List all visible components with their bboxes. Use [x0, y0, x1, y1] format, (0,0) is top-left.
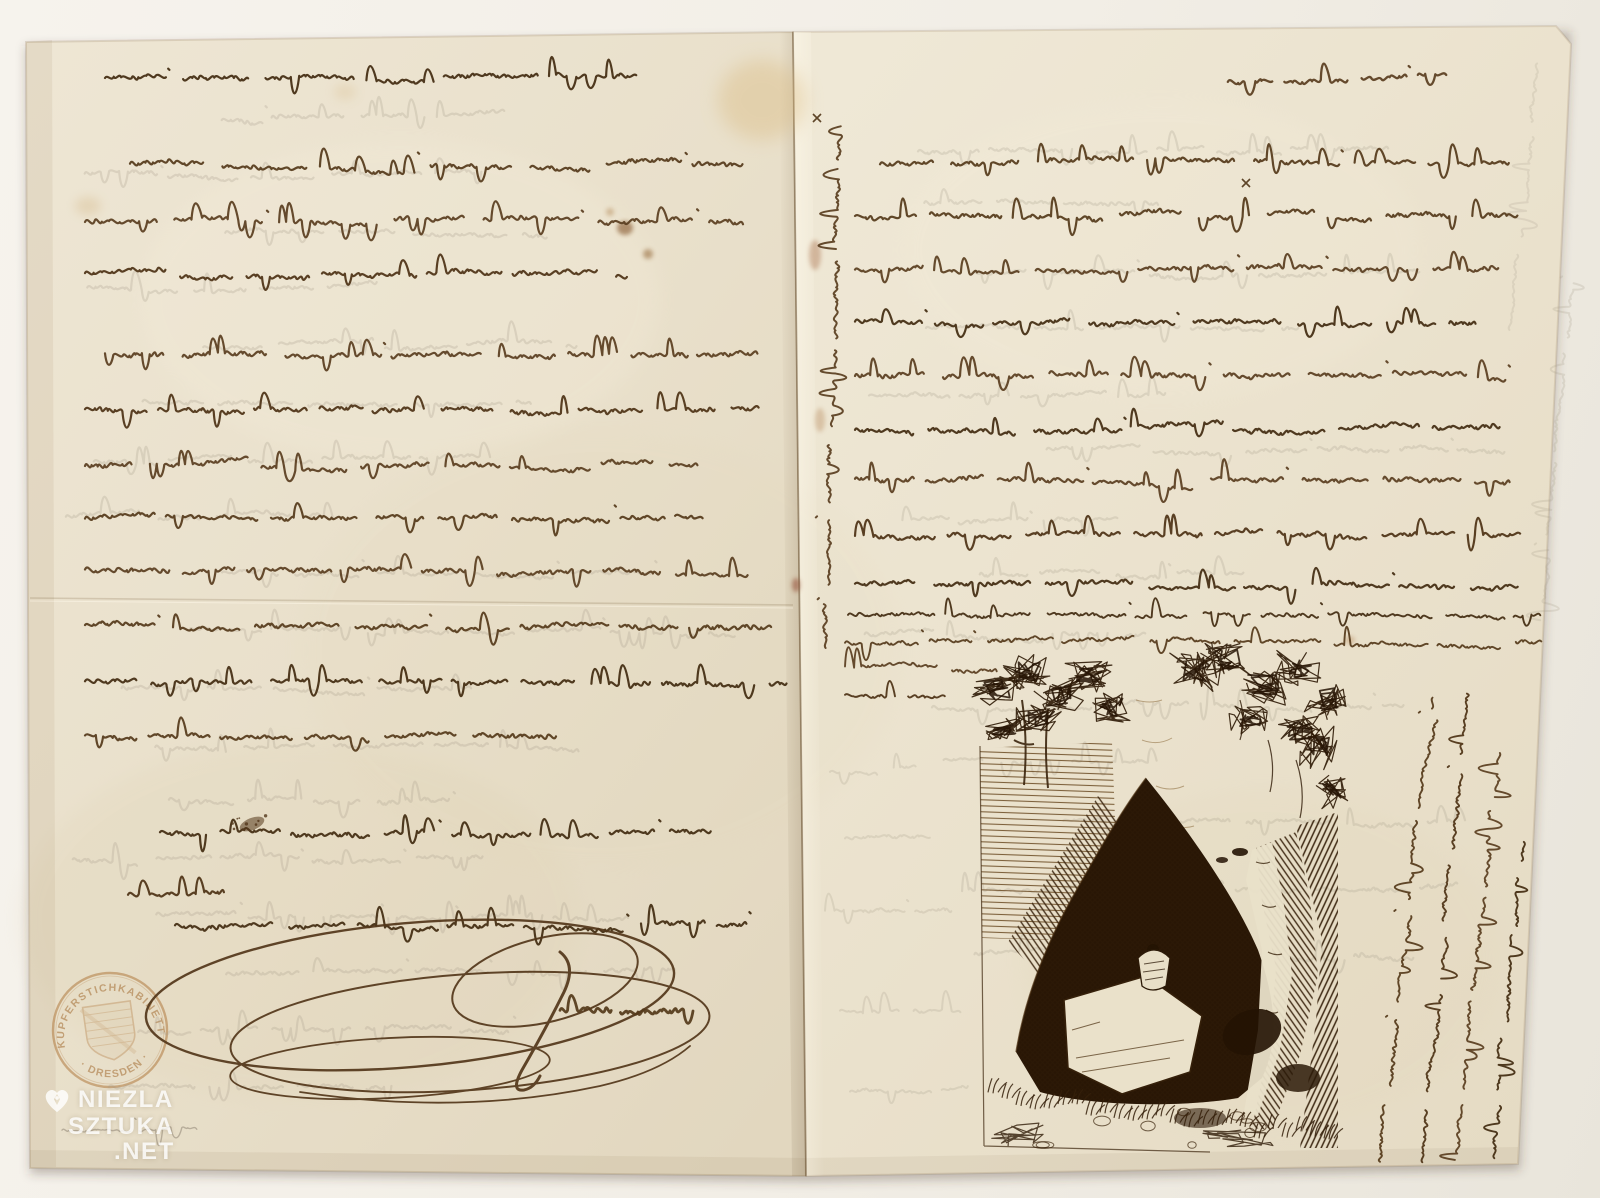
niezlasztuka-watermark: NIEZLA SZTUKA .NET	[42, 1086, 175, 1165]
watermark-line3: .NET	[114, 1138, 175, 1165]
heart-pen-icon	[42, 1086, 72, 1114]
watermark-line1: NIEZLA	[78, 1087, 174, 1112]
letter-scan: KUPFERSTICHKABINETT · DRESDEN ·	[0, 0, 1600, 1198]
letter-photograph: KUPFERSTICHKABINETT · DRESDEN · NIEZLA S…	[0, 0, 1600, 1198]
watermark-line2: SZTUKA	[68, 1113, 174, 1140]
